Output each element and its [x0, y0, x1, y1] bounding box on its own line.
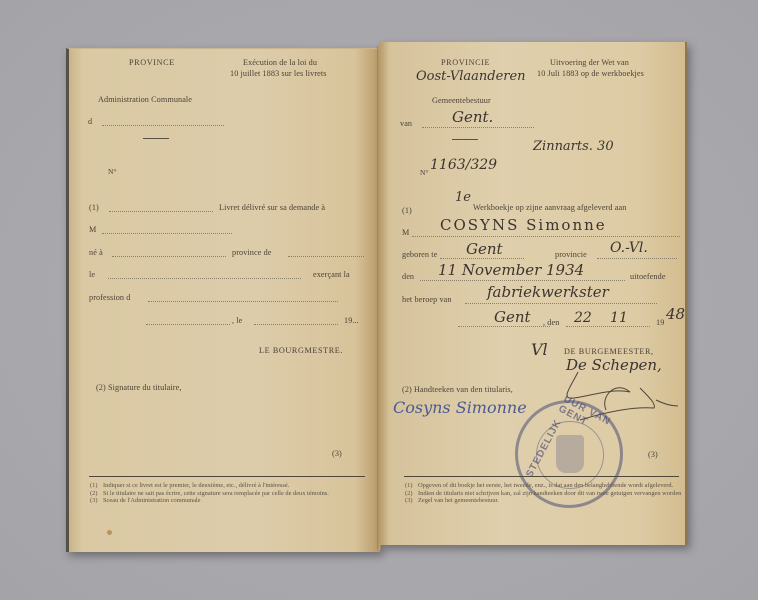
- right-footnote-3: (3)Zegel van het gemeentebestuur.: [405, 497, 685, 505]
- left-issue-date-dotted: [254, 324, 338, 325]
- right-issue-date-dotted: [566, 326, 650, 327]
- right-short-rule: [452, 139, 478, 140]
- holder-signature: Cosyns Simonne: [393, 398, 527, 417]
- left-name-dotted: [102, 233, 232, 234]
- left-profession-dotted: [148, 301, 338, 302]
- left-short-rule: [143, 138, 169, 139]
- right-profession-label: het beroep van: [402, 295, 452, 304]
- left-place-dotted: [146, 324, 230, 325]
- right-den-label-2: , den: [543, 318, 559, 327]
- right-province-label: PROVINCIE: [441, 58, 490, 67]
- left-number-label: N°: [108, 167, 117, 176]
- right-exercising-label: uitoefende: [630, 272, 666, 281]
- right-den-label: den: [402, 272, 414, 281]
- left-footnote-2: (2)Si le titulaire ne sait pas écrire, c…: [90, 490, 370, 498]
- left-law-line-2: 10 juillet 1883 sur les livrets: [230, 69, 327, 78]
- right-place-dotted: [458, 326, 550, 327]
- right-place-value: Gent: [494, 308, 531, 326]
- left-province-label: PROVINCE: [129, 58, 175, 67]
- left-born-label: né à: [89, 248, 103, 257]
- left-d-label: d: [88, 117, 92, 126]
- right-footnote-2: (2)Indien de titularis niet schrijven ka…: [405, 490, 685, 498]
- right-annotation: Zinnarts. 30: [533, 139, 614, 154]
- right-seal-ref: (3): [648, 450, 658, 459]
- left-profession-label: profession d: [89, 293, 130, 302]
- right-field1-label: (1): [402, 206, 412, 215]
- right-municipality-value: Gent.: [452, 108, 493, 126]
- right-province-of-label: provincie: [555, 250, 587, 259]
- right-province-value: Oost-Vlaanderen: [416, 69, 526, 84]
- right-province-of-dotted: [597, 258, 677, 259]
- left-footnote-rule: [89, 476, 365, 477]
- left-signature-label: (2) Signature du titulaire,: [96, 383, 181, 392]
- right-issue-day: 22: [574, 310, 592, 326]
- left-date-dotted: [108, 278, 301, 279]
- right-admin-label: Gemeentebestuur: [432, 96, 491, 105]
- left-province-dotted: [288, 256, 364, 257]
- right-born-dotted: [440, 258, 524, 259]
- left-field1-text: Livret délivré sur sa demande à: [219, 203, 325, 212]
- right-municipality-dotted: [422, 127, 534, 128]
- left-admin-label: Administration Communale: [98, 95, 192, 104]
- right-year-value: 48: [666, 305, 685, 323]
- right-year-prefix: 19: [656, 318, 664, 327]
- right-profession-value: fabriekwerkster: [487, 283, 609, 301]
- right-birth-date-dotted: [420, 280, 625, 281]
- left-le-label: le: [89, 270, 95, 279]
- right-profession-dotted: [465, 303, 657, 304]
- right-footnotes: (1)Opgeven of dit boekje het eerste, het…: [405, 482, 685, 505]
- right-born-label: geboren te: [402, 250, 437, 259]
- right-footnote-1: (1)Opgeven of dit boekje het eerste, het…: [405, 482, 685, 490]
- left-footnote-3: (3)Sceau de l'Administration communale: [90, 497, 370, 505]
- right-name-value: COSYNS Simonne: [440, 216, 607, 234]
- right-field1-text: Werkboekje op zijne aanvraag afgeleverd …: [473, 203, 626, 212]
- right-mayor-label: DE BURGEMEESTER,: [564, 347, 654, 356]
- right-law-line-1: Uitvoering der Wet van: [550, 58, 629, 67]
- paper-stain: [107, 530, 112, 535]
- left-mayor-label: LE BOURGMESTRE.: [259, 346, 343, 355]
- left-field1-dotted: [109, 211, 213, 212]
- left-year-prefix: 19...: [344, 316, 359, 325]
- right-signature-label: (2) Handteeken van den titularis,: [402, 385, 513, 394]
- left-m-label: M: [89, 225, 96, 234]
- right-m-label: M: [402, 228, 409, 237]
- right-birth-date-value: 11 November 1934: [438, 261, 584, 279]
- left-born-dotted: [112, 256, 226, 257]
- left-seal-ref: (3): [332, 449, 342, 458]
- right-number-value: 1163/329: [430, 157, 497, 173]
- left-exercising-label: exerçant la: [313, 270, 350, 279]
- right-name-dotted: [412, 236, 680, 237]
- right-province-of-value: O.-Vl.: [610, 240, 648, 256]
- left-footnote-1: (1)Indiquer si ce livret est le premier,…: [90, 482, 370, 490]
- right-issue-month: 11: [610, 310, 628, 326]
- right-field1-value: 1e: [455, 190, 471, 205]
- right-born-value: Gent: [466, 240, 503, 258]
- left-footnotes: (1)Indiquer si ce livret est le premier,…: [90, 482, 370, 505]
- left-province-of-label: province de: [232, 248, 272, 257]
- stamp-coat-of-arms: [556, 435, 584, 473]
- left-commune-dotted-field: [102, 125, 224, 126]
- right-footnote-rule: [404, 476, 679, 477]
- right-number-label: N°: [420, 168, 429, 177]
- right-mayor-initials: Vl: [531, 340, 548, 359]
- left-date-le: , le: [232, 316, 242, 325]
- left-field1-label: (1): [89, 203, 99, 212]
- left-law-line-1: Exécution de la loi du: [243, 58, 317, 67]
- right-law-line-2: 10 Juli 1883 op de werkboekjes: [537, 69, 644, 78]
- right-van-label: van: [400, 119, 412, 128]
